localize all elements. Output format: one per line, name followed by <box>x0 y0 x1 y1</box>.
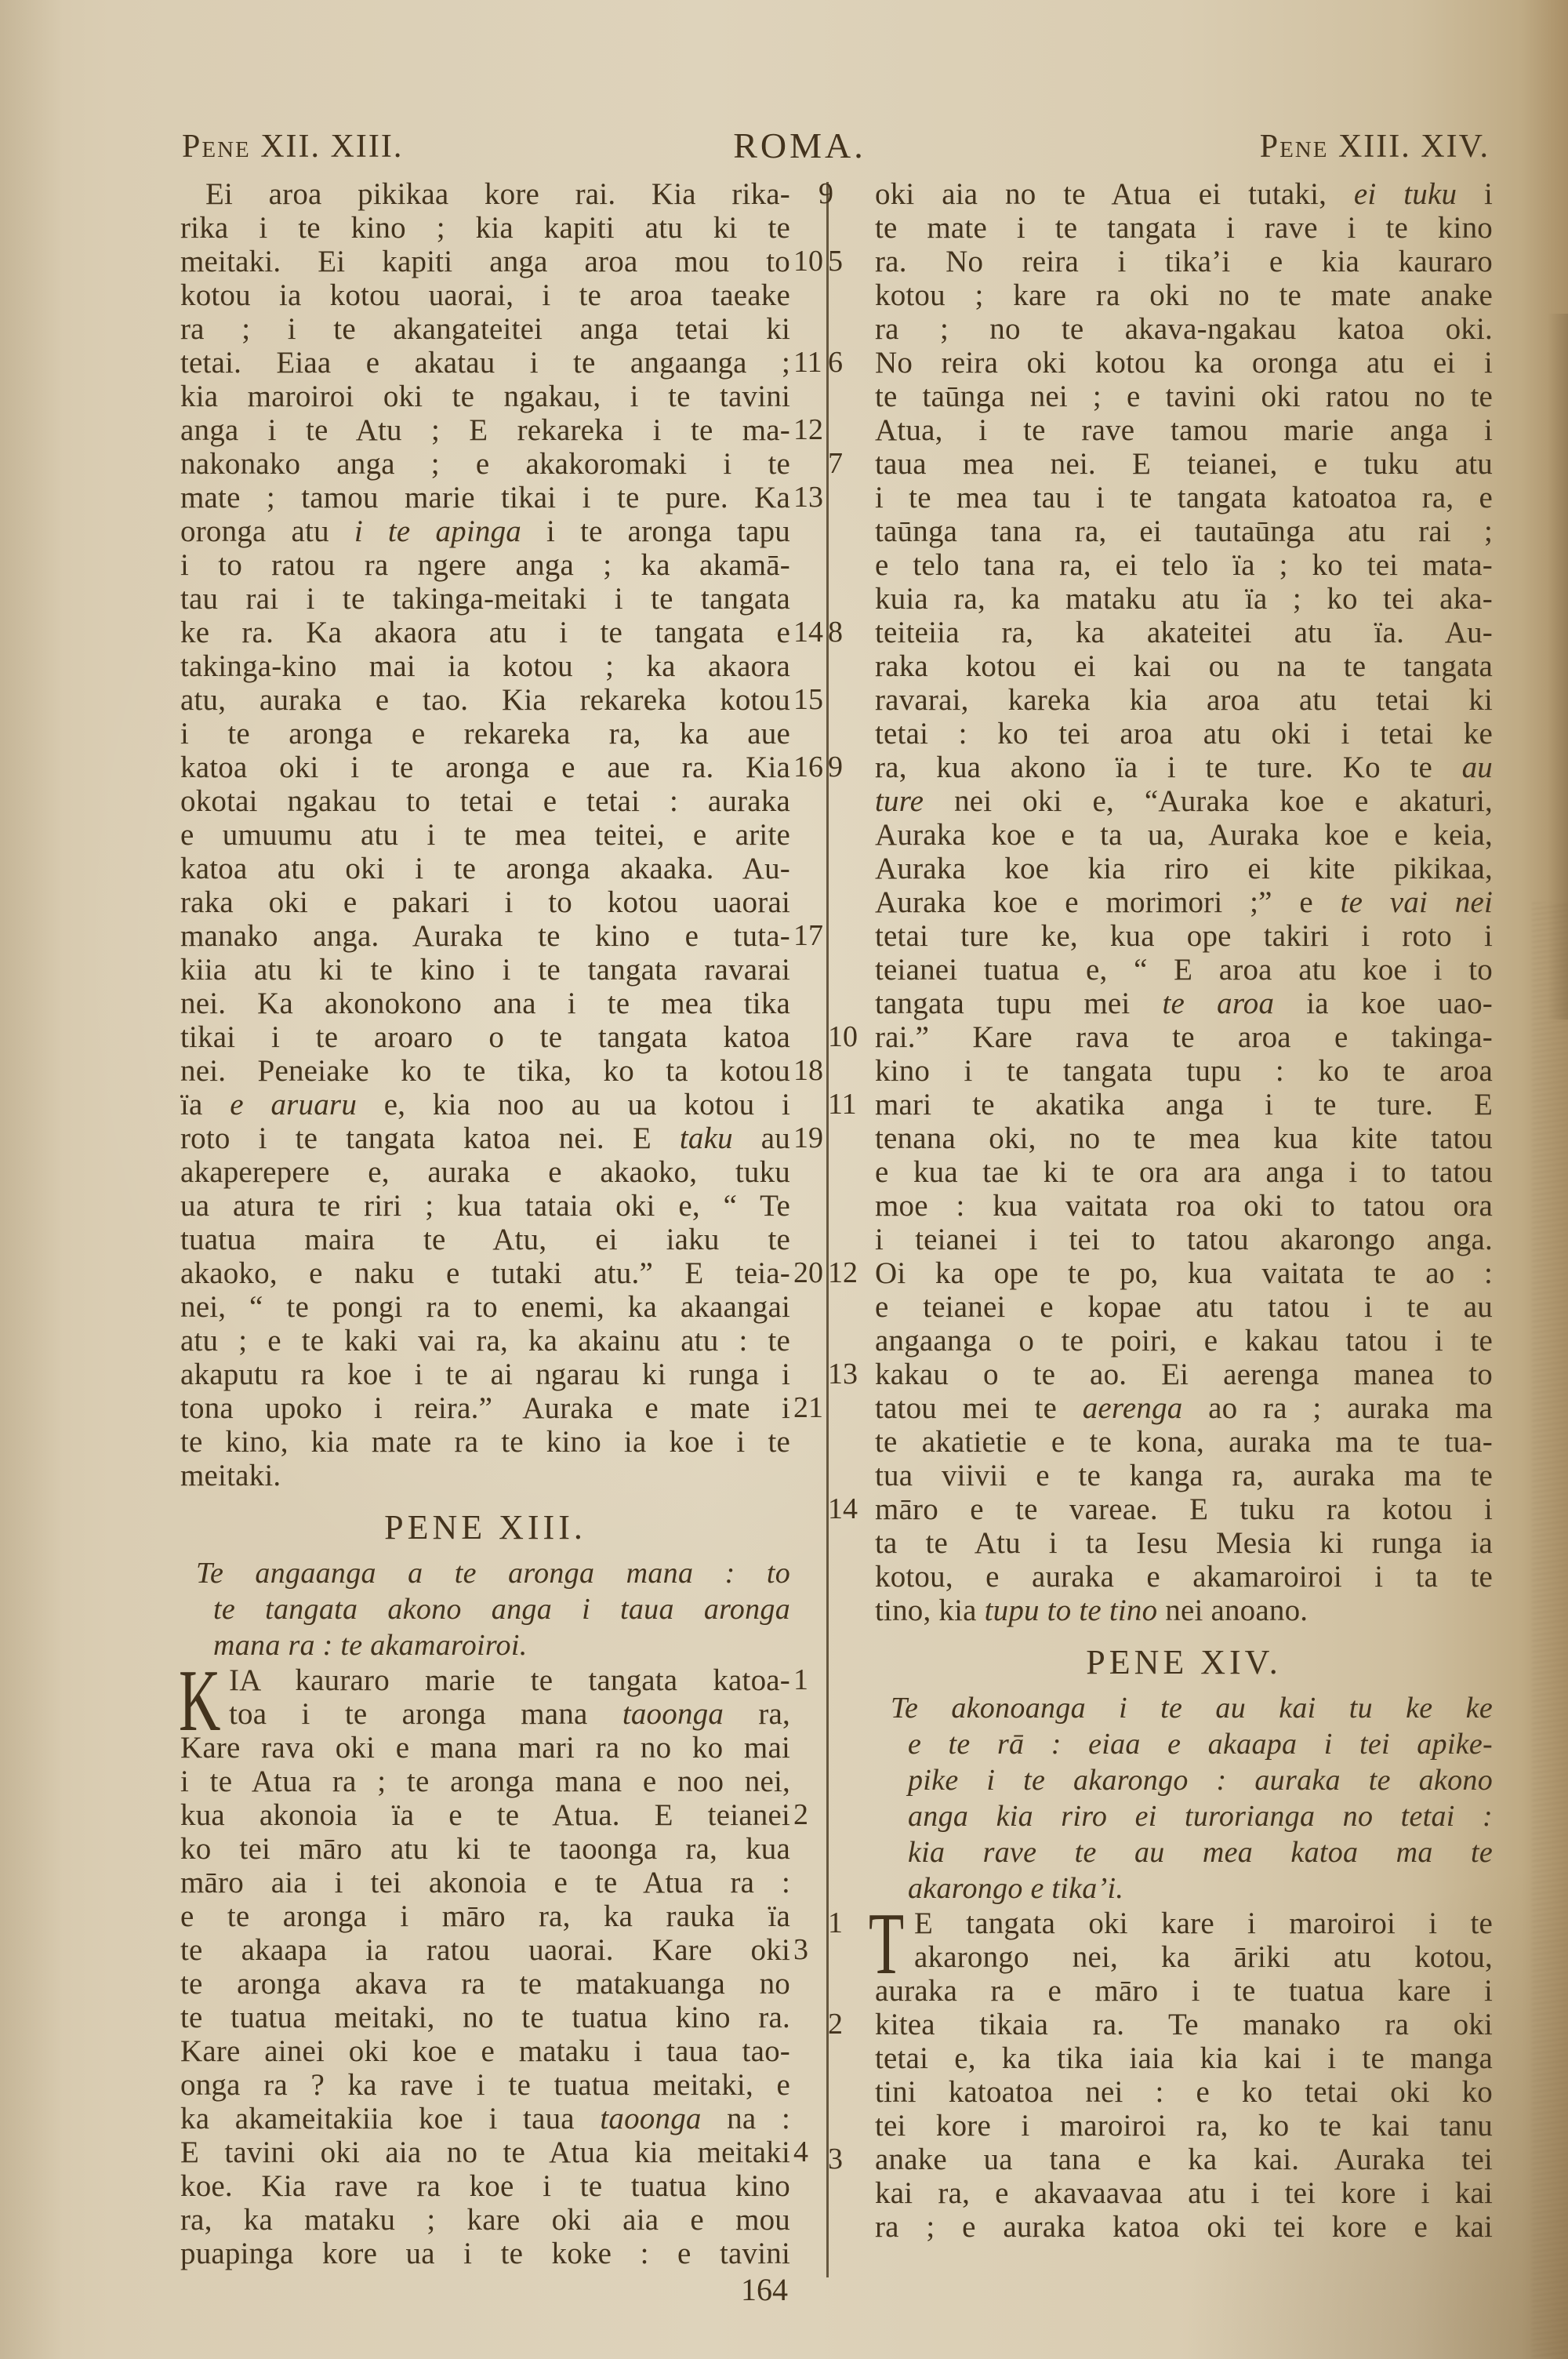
chapter-summary-line: akarongo e tika’i. <box>875 1870 1493 1906</box>
text-line: 10meitaki. Ei kapiti anga aroa mou to <box>180 245 790 278</box>
verse-number: 7 <box>828 447 867 481</box>
verse-number: 17 <box>793 919 828 953</box>
text-line: angaanga o te poiri, e kakau tatou i te <box>875 1324 1493 1358</box>
text-line: koe. Kia rave ra koe i te tuatua kino <box>180 2169 790 2203</box>
scanned-book-page: Pene XII. XIII. ROMA. Pene XIII. XIV. 9E… <box>0 0 1568 2359</box>
text-line: ra ; no te akava-ngakau katoa oki. <box>875 312 1493 346</box>
text-line: Auraka koe kia riro ei kite pikikaa, <box>875 852 1493 885</box>
text-line: e telo tana ra, ei telo ïa ; ko tei mata… <box>875 548 1493 582</box>
text-line: 7taua mea nei. E teianei, e tuku atu <box>875 447 1493 481</box>
verse-number: 18 <box>793 1054 828 1088</box>
text-line: 5ra. No reira i tika’i e kia kauraro <box>875 245 1493 278</box>
text-line: kia maroiroi oki te ngakau, i te tavini <box>180 380 790 413</box>
text-line: e kua tae ki te ora ara anga i to tatou <box>875 1155 1493 1189</box>
verse-number: 11 <box>828 1088 867 1121</box>
text-line: akarongo nei, ka āriki atu kotou, <box>875 1940 1493 1974</box>
text-line: 20akaoko, e naku e tutaki atu.” E teia- <box>180 1256 790 1290</box>
verse-number: 1 <box>828 1906 867 1940</box>
text-line: te mate i te tangata i rave i te kino <box>875 211 1493 245</box>
text-line: i to ratou ra ngere anga ; ka akamā- <box>180 548 790 582</box>
text-line: ka akameitakiia koe i taua taoonga na : <box>180 2102 790 2135</box>
text-line: 2kua akonoia ïa e te Atua. E teianei <box>180 1798 790 1832</box>
text-line: tini katoatoa nei : e ko tetai oki ko <box>875 2075 1493 2109</box>
text-line: Kare ainei oki koe e mataku i taua tao- <box>180 2034 790 2068</box>
text-line: e te aronga i māro ra, ka rauka ïa <box>180 1899 790 1933</box>
right-column: oki aia no te Atua ei tutaki, ei tuku it… <box>875 177 1493 2244</box>
text-line: 3te akaapa ia ratou uaorai. Kare oki <box>180 1933 790 1967</box>
text-line: raka kotou ei kai ou na te tangata <box>875 649 1493 683</box>
text-line: 2kitea tikaia ra. Te manako ra oki <box>875 2008 1493 2041</box>
text-line: 13kakau o te ao. Ei aerenga manea to <box>875 1358 1493 1391</box>
text-line: māro aia i tei akonoia e te Atua ra : <box>180 1866 790 1899</box>
text-line: kotou ; kare ra oki no te mate anake <box>875 278 1493 312</box>
text-line: 10rai.” Kare rava te aroa e takinga- <box>875 1020 1493 1054</box>
text-line: toa i te aronga mana taoonga ra, <box>180 1697 790 1731</box>
verse-number: 10 <box>793 245 828 278</box>
text-line: katoa atu oki i te aronga akaaka. Au- <box>180 852 790 885</box>
text-line: 12anga i te Atu ; E rekareka i te ma- <box>180 413 790 447</box>
chapter-summary-line: mana ra : te akamaroiroi. <box>180 1627 790 1663</box>
text-line: 9ra, kua akono ïa i te ture. Ko te au <box>875 751 1493 784</box>
verse-number: 20 <box>793 1256 828 1290</box>
text-line: Auraka koe e ta ua, Auraka koe e keia, <box>875 818 1493 852</box>
verse-number: 8 <box>828 616 867 649</box>
text-line: 1KIA kauraro marie te tangata katoa- <box>180 1663 790 1697</box>
text-line: tino, kia tupu to te tino nei anoano. <box>875 1594 1493 1627</box>
text-line: 11mari te akatika anga i te ture. E <box>875 1088 1493 1121</box>
verse-number: 9 <box>828 751 867 784</box>
left-column: 9Ei aroa pikikaa kore rai. Kia rika-rika… <box>180 177 790 2270</box>
text-line: i te aronga e rekareka ra, ka aue <box>180 717 790 751</box>
text-line: 16katoa oki i te aronga e aue ra. Kia <box>180 751 790 784</box>
text-line: akaperepere e, auraka e akaoko, tuku <box>180 1155 790 1189</box>
text-line: 11tetai. Eiaa e akatau i te angaanga ; <box>180 346 790 380</box>
text-line: i te Atua ra ; te aronga mana e noo nei, <box>180 1765 790 1798</box>
text-line: kotou ia kotou uaorai, i te aroa taeake <box>180 278 790 312</box>
verse-number: 14 <box>793 616 828 649</box>
chapter-heading: PENE XIV. <box>875 1643 1493 1682</box>
chapter-summary-line: anga kia riro ei turorianga no tetai : <box>875 1798 1493 1834</box>
chapter-heading: PENE XIII. <box>180 1508 790 1547</box>
chapter-summary-line: pike i te akarongo : auraka te akono <box>875 1762 1493 1798</box>
text-line: 17manako anga. Auraka te kino e tuta- <box>180 919 790 953</box>
text-line: ta te Atu i ta Iesu Mesia ki runga ia <box>875 1526 1493 1560</box>
text-line: teianei tuatua e, “ E aroa atu koe i to <box>875 953 1493 987</box>
text-line: i teianei i tei to tatou akarongo anga. <box>875 1223 1493 1256</box>
text-line: te aronga akava ra te matakuanga no <box>180 1967 790 2001</box>
text-line: 12Oi ka ope te po, kua vaitata te ao : <box>875 1256 1493 1290</box>
text-line: nei, “ te pongi ra to enemi, ka akaangai <box>180 1290 790 1324</box>
text-line: tei kore i maroiroi ra, ko te kai tanu <box>875 2109 1493 2143</box>
text-line: 9Ei aroa pikikaa kore rai. Kia rika- <box>180 177 790 211</box>
text-line: tetai e, ka tika iaia kia kai i te manga <box>875 2041 1493 2075</box>
verse-number: 16 <box>793 751 828 784</box>
text-line: tikai i te aroaro o te tangata katoa <box>180 1020 790 1054</box>
text-line: 1TE tangata oki kare i maroiroi i te <box>875 1906 1493 1940</box>
verse-number: 19 <box>793 1121 828 1155</box>
text-line: ko tei māro atu ki te taoonga ra, kua <box>180 1832 790 1866</box>
text-line: tuatua maira te Atu, ei iaku te <box>180 1223 790 1256</box>
text-line: oronga atu i te apinga i te aronga tapu <box>180 514 790 548</box>
chapter-summary-line: Te akonoanga i te au kai tu ke ke <box>875 1690 1493 1726</box>
chapter-summary-line: e te rā : eiaa e akaapa i tei apike- <box>875 1726 1493 1762</box>
text-line: Auraka koe e morimori ;” e te vai nei <box>875 885 1493 919</box>
text-line: meitaki. <box>180 1459 790 1492</box>
text-line: tua viivii e te kanga ra, auraka ma te <box>875 1459 1493 1492</box>
running-head-left: Pene XII. XIII. <box>182 125 403 168</box>
text-line: Kare rava oki e mana mari ra no ko mai <box>180 1731 790 1765</box>
verse-number: 6 <box>828 346 867 380</box>
text-line: ua atura te riri ; kua tataia oki e, “ T… <box>180 1189 790 1223</box>
text-line: akaputu ra koe i te ai ngarau ki runga i <box>180 1358 790 1391</box>
text-line: auraka ra e māro i te tuatua kare i <box>875 1974 1493 2008</box>
text-line: raka oki e pakari i to kotou uaorai <box>180 885 790 919</box>
text-line: kino i te tangata tupu : ko te aroa <box>875 1054 1493 1088</box>
text-line: rika i te kino ; kia kapiti atu ki te <box>180 211 790 245</box>
text-line: nakonako anga ; e akakoromaki i te <box>180 447 790 481</box>
text-line: oki aia no te Atua ei tutaki, ei tuku i <box>875 177 1493 211</box>
page-number: 164 <box>686 2271 843 2308</box>
text-line: te taūnga nei ; e tavini oki ratou no te <box>875 380 1493 413</box>
verse-number: 4 <box>793 2135 828 2169</box>
verse-number: 12 <box>828 1256 867 1290</box>
text-line: nei. Ka akonokono ana i te mea tika <box>180 987 790 1020</box>
text-line: te akatietie e te kona, auraka ma te tua… <box>875 1425 1493 1459</box>
text-line: i te mea tau i te tangata katoatoa ra, e <box>875 481 1493 514</box>
text-line: tangata tupu mei te aroa ia koe uao- <box>875 987 1493 1020</box>
verse-number: 21 <box>793 1391 828 1425</box>
text-line: onga ra ? ka rave i te tuatua meitaki, e <box>180 2068 790 2102</box>
verse-number: 2 <box>828 2008 867 2041</box>
text-line: 21tona upoko i reira.” Auraka e mate i <box>180 1391 790 1425</box>
text-line: 14māro e te vareae. E tuku ra kotou i <box>875 1492 1493 1526</box>
text-line: kuia ra, ka mataku atu ïa ; ko tei aka- <box>875 582 1493 616</box>
text-line: puapinga kore ua i te koke : e tavini <box>180 2237 790 2270</box>
text-line: te kino, kia mate ra te kino ia koe i te <box>180 1425 790 1459</box>
text-line: 6No reira oki kotou ka oronga atu ei i <box>875 346 1493 380</box>
verse-number: 11 <box>793 346 828 380</box>
chapter-summary-line: kia rave te au mea katoa ma te <box>875 1834 1493 1870</box>
text-line: Atua, i te rave tamou marie anga i <box>875 413 1493 447</box>
text-line: tetai ture ke, kua ope takiri i roto i <box>875 919 1493 953</box>
verse-number: 5 <box>828 245 867 278</box>
text-line: e umuumu atu i te mea teitei, e arite <box>180 818 790 852</box>
text-line: ra ; e auraka katoa oki tei kore e kai <box>875 2210 1493 2244</box>
text-line: 3anake ua tana e ka kai. Auraka tei <box>875 2143 1493 2176</box>
chapter-summary-line: te tangata akono anga i taua aronga <box>180 1591 790 1627</box>
chapter-summary-line: Te angaanga a te aronga mana : to <box>180 1555 790 1591</box>
text-line: tatou mei te aerenga ao ra ; auraka ma <box>875 1391 1493 1425</box>
text-line: ra ; i te akangateitei anga tetai ki <box>180 312 790 346</box>
text-line: kai ra, e akavaavaa atu i tei kore i kai <box>875 2176 1493 2210</box>
verse-number: 10 <box>828 1020 867 1054</box>
text-line: 8teiteiia ra, ka akateitei atu ïa. Au- <box>875 616 1493 649</box>
text-line: tetai : ko tei aroa atu oki i tetai ke <box>875 717 1493 751</box>
book-title: ROMA. <box>682 125 917 166</box>
text-line: moe : kua vaitata roa oki to tatou ora <box>875 1189 1493 1223</box>
text-line: 4E tavini oki aia no te Atua kia meitaki <box>180 2135 790 2169</box>
text-line: okotai ngakau to tetai e tetai : auraka <box>180 784 790 818</box>
verse-number: 3 <box>828 2143 867 2176</box>
text-line: te tuatua meitaki, no te tuatua kino ra. <box>180 2001 790 2034</box>
text-line: atu ; e te kaki vai ra, ka akainu atu : … <box>180 1324 790 1358</box>
text-line: 13mate ; tamou marie tikai i te pure. Ka <box>180 481 790 514</box>
verse-number: 13 <box>828 1358 867 1391</box>
verse-number: 12 <box>793 413 828 447</box>
text-line: e teianei e kopae atu tatou i te au <box>875 1290 1493 1324</box>
text-line: kotou, e auraka e akamaroiroi i ta te <box>875 1560 1493 1594</box>
text-line: ture nei oki e, “Auraka koe e akaturi, <box>875 784 1493 818</box>
verse-number: 15 <box>793 683 828 717</box>
text-line: 14ke ra. Ka akaora atu i te tangata e <box>180 616 790 649</box>
text-line: tenana oki, no te mea kua kite tatou <box>875 1121 1493 1155</box>
running-head-right: Pene XIII. XIV. <box>1168 125 1490 168</box>
verse-number: 2 <box>793 1798 828 1832</box>
text-line: ïa e aruaru e, kia noo au ua kotou i <box>180 1088 790 1121</box>
text-line: takinga-kino mai ia kotou ; ka akaora <box>180 649 790 683</box>
page-header: Pene XII. XIII. ROMA. Pene XIII. XIV. <box>0 125 1568 173</box>
text-line: 19roto i te tangata katoa nei. E taku au <box>180 1121 790 1155</box>
verse-number: 3 <box>793 1933 828 1967</box>
text-line: 15atu, auraka e tao. Kia rekareka kotou <box>180 683 790 717</box>
text-line: ravarai, kareka kia aroa atu tetai ki <box>875 683 1493 717</box>
verse-number: 9 <box>793 177 828 211</box>
text-line: tau rai i te takinga-meitaki i te tangat… <box>180 582 790 616</box>
text-line: 18nei. Peneiake ko te tika, ko ta kotou <box>180 1054 790 1088</box>
text-line: kiia atu ki te kino i te tangata ravarai <box>180 953 790 987</box>
text-line: ra, ka mataku ; kare oki aia e mou <box>180 2203 790 2237</box>
verse-number: 13 <box>793 481 828 514</box>
verse-number: 1 <box>793 1663 828 1697</box>
text-line: taūnga tana ra, ei tautaūnga atu rai ; <box>875 514 1493 548</box>
next-page-fore-edge <box>1532 901 1568 2359</box>
verse-number: 14 <box>828 1492 867 1526</box>
